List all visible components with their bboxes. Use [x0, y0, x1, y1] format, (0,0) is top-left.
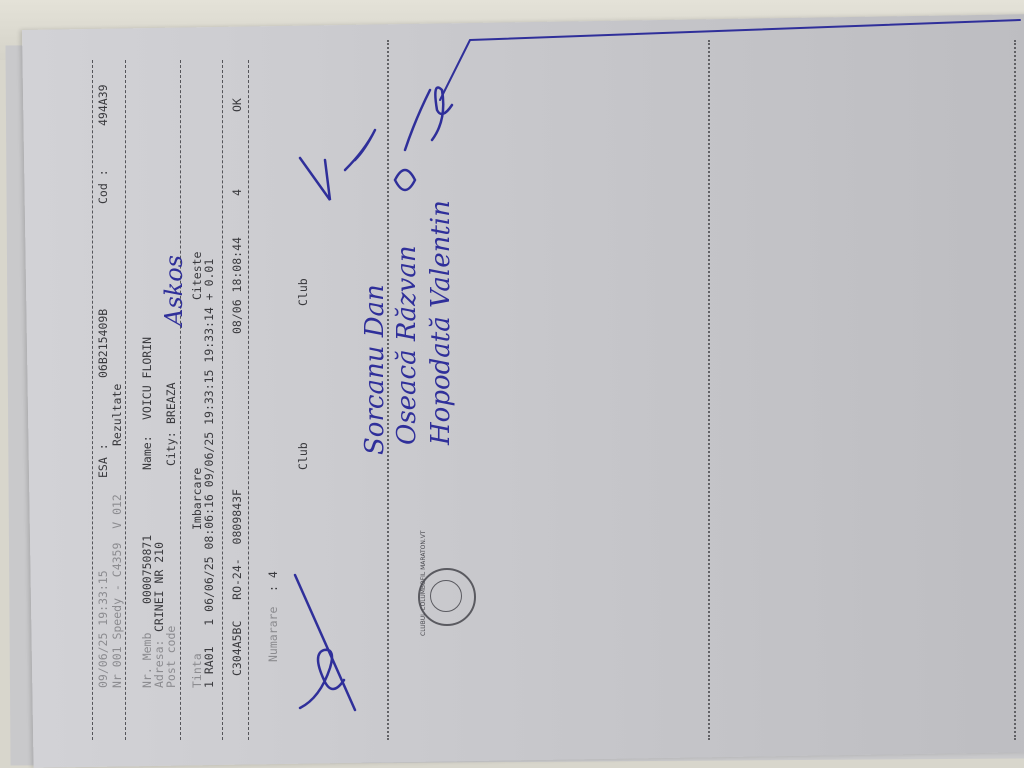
signature-strokes: [0, 0, 1024, 768]
